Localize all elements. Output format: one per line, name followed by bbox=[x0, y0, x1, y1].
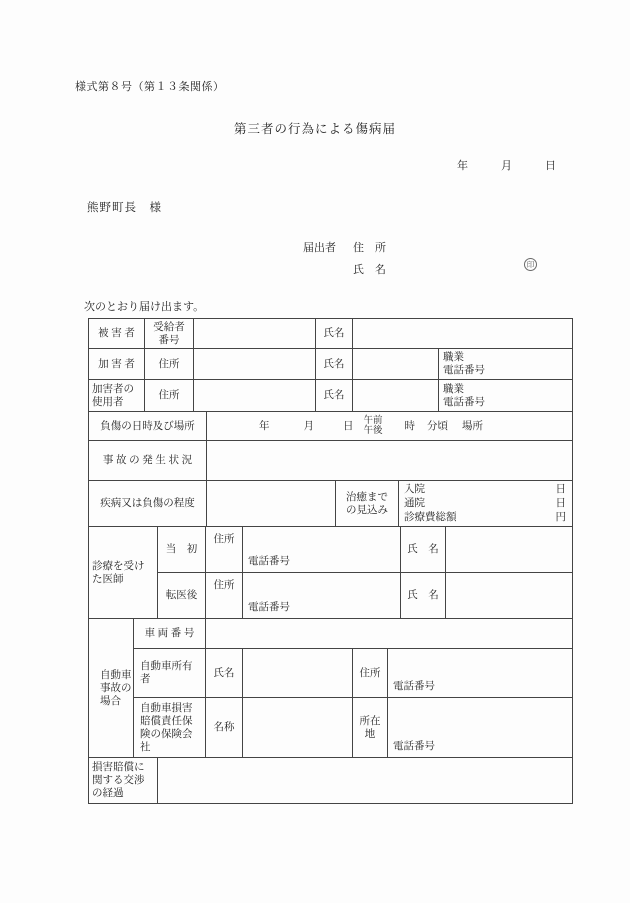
day-label: 日 bbox=[343, 420, 354, 433]
insurer-name-field[interactable] bbox=[243, 698, 353, 758]
month-label: 月 bbox=[304, 420, 315, 433]
hospitalization-unit: 日 bbox=[556, 483, 567, 497]
date-line: 年 月 日 bbox=[457, 157, 556, 173]
doctor-transfer-tel-label: 電話番号 bbox=[243, 573, 401, 619]
minute-label: 分頃 bbox=[427, 420, 448, 433]
injury-datetime-field[interactable]: 年 月 日 午前 午後 時 分頃 場所 bbox=[207, 412, 573, 441]
seal-icon: 印 bbox=[524, 258, 537, 271]
doctor-initial-name-field[interactable] bbox=[446, 527, 573, 573]
insurer-address-label: 所在 地 bbox=[353, 698, 388, 758]
page-title: 第三者の行為による傷病届 bbox=[0, 119, 630, 137]
vehicle-number-label: 車 両 番 号 bbox=[134, 619, 206, 649]
car-owner-tel-label: 電話番号 bbox=[388, 649, 573, 698]
damages-field[interactable] bbox=[158, 758, 573, 804]
cure-estimate-label: 治癒まで の見込み bbox=[336, 481, 399, 527]
declarant-name-label: 氏 名 bbox=[353, 261, 386, 277]
total-cost-line: 診療費総額 円 bbox=[404, 511, 566, 525]
hour-label: 時 bbox=[405, 420, 416, 433]
accident-field[interactable] bbox=[207, 441, 573, 481]
assailant-job-tel-label: 職業 電話番号 bbox=[439, 349, 573, 380]
injury-datetime-label: 負傷の日時及び場所 bbox=[89, 412, 207, 441]
car-owner-label: 自動車所有 者 bbox=[134, 649, 206, 698]
hospitalization-label: 入院 bbox=[404, 483, 425, 497]
doctor-transfer-name-label: 氏 名 bbox=[401, 573, 446, 619]
employer-name-field[interactable] bbox=[353, 380, 439, 412]
doctor-initial-label: 当 初 bbox=[158, 527, 206, 573]
declarant-address-label: 住 所 bbox=[353, 242, 386, 254]
car-section-label: 自動車 事故の 場合 bbox=[89, 619, 134, 758]
insurer-tel-label: 電話番号 bbox=[388, 698, 573, 758]
doctor-initial-name-label: 氏 名 bbox=[401, 527, 446, 573]
assailant-address-field[interactable] bbox=[194, 349, 316, 380]
form-number: 様式第８号（第１３条関係） bbox=[75, 78, 225, 94]
outpatient-label: 通院 bbox=[404, 497, 425, 511]
victim-number-field[interactable] bbox=[194, 319, 316, 349]
employer-job-tel-label: 職業 電話番号 bbox=[439, 380, 573, 412]
insurer-name-label: 名称 bbox=[206, 698, 243, 758]
insurer-label: 自動車損害 賠償責任保 険の保険会 社 bbox=[134, 698, 206, 758]
car-owner-name-label: 氏名 bbox=[206, 649, 243, 698]
doctor-section-label: 診療を受け た医師 bbox=[89, 527, 158, 619]
declarant-label: 届出者 bbox=[303, 242, 336, 254]
cure-estimate-field[interactable]: 入院 日 通院 日 診療費総額 円 bbox=[399, 481, 573, 527]
place-label: 場所 bbox=[462, 420, 483, 433]
outpatient-unit: 日 bbox=[556, 497, 567, 511]
doctor-transfer-address-label: 住所 bbox=[206, 573, 243, 619]
total-cost-unit: 円 bbox=[556, 511, 567, 525]
declarant-line: 届出者住 所 bbox=[303, 239, 386, 255]
severity-field[interactable] bbox=[207, 481, 336, 527]
doctor-transfer-name-field[interactable] bbox=[446, 573, 573, 619]
assailant-label: 加 害 者 bbox=[89, 349, 145, 380]
employer-label: 加害者の 使用者 bbox=[89, 380, 145, 412]
employer-address-label: 住所 bbox=[145, 380, 194, 412]
employer-address-field[interactable] bbox=[194, 380, 316, 412]
hospitalization-line: 入院 日 bbox=[404, 483, 566, 497]
vehicle-number-field[interactable] bbox=[206, 619, 573, 649]
doctor-initial-tel-label: 電話番号 bbox=[243, 527, 401, 573]
outpatient-line: 通院 日 bbox=[404, 497, 566, 511]
assailant-name-field[interactable] bbox=[353, 349, 439, 380]
severity-label: 疾病又は負傷の程度 bbox=[89, 481, 207, 527]
car-owner-address-label: 住所 bbox=[353, 649, 388, 698]
ampm-label: 午前 午後 bbox=[364, 416, 383, 436]
assailant-address-label: 住所 bbox=[145, 349, 194, 380]
total-cost-label: 診療費総額 bbox=[404, 511, 457, 525]
victim-name-field[interactable] bbox=[353, 319, 573, 349]
addressee: 熊野町長 様 bbox=[87, 199, 162, 215]
report-table: 被 害 者 受給者 番号 氏名 加 害 者 住所 氏名 職業 電話番号 加害者の… bbox=[88, 318, 573, 804]
employer-name-label: 氏名 bbox=[316, 380, 353, 412]
year-label: 年 bbox=[259, 420, 270, 433]
doctor-transfer-label: 転医後 bbox=[158, 573, 206, 619]
intro-text: 次のとおり届け出ます。 bbox=[84, 298, 204, 314]
car-owner-name-field[interactable] bbox=[243, 649, 353, 698]
damages-label: 損害賠償に 関する交渉 の経過 bbox=[89, 758, 158, 804]
victim-number-label: 受給者 番号 bbox=[145, 319, 194, 349]
victim-label: 被 害 者 bbox=[89, 319, 145, 349]
doctor-initial-address-label: 住所 bbox=[206, 527, 243, 573]
assailant-name-label: 氏名 bbox=[316, 349, 353, 380]
accident-label: 事 故 の 発 生 状 況 bbox=[89, 441, 207, 481]
victim-name-label: 氏名 bbox=[316, 319, 353, 349]
